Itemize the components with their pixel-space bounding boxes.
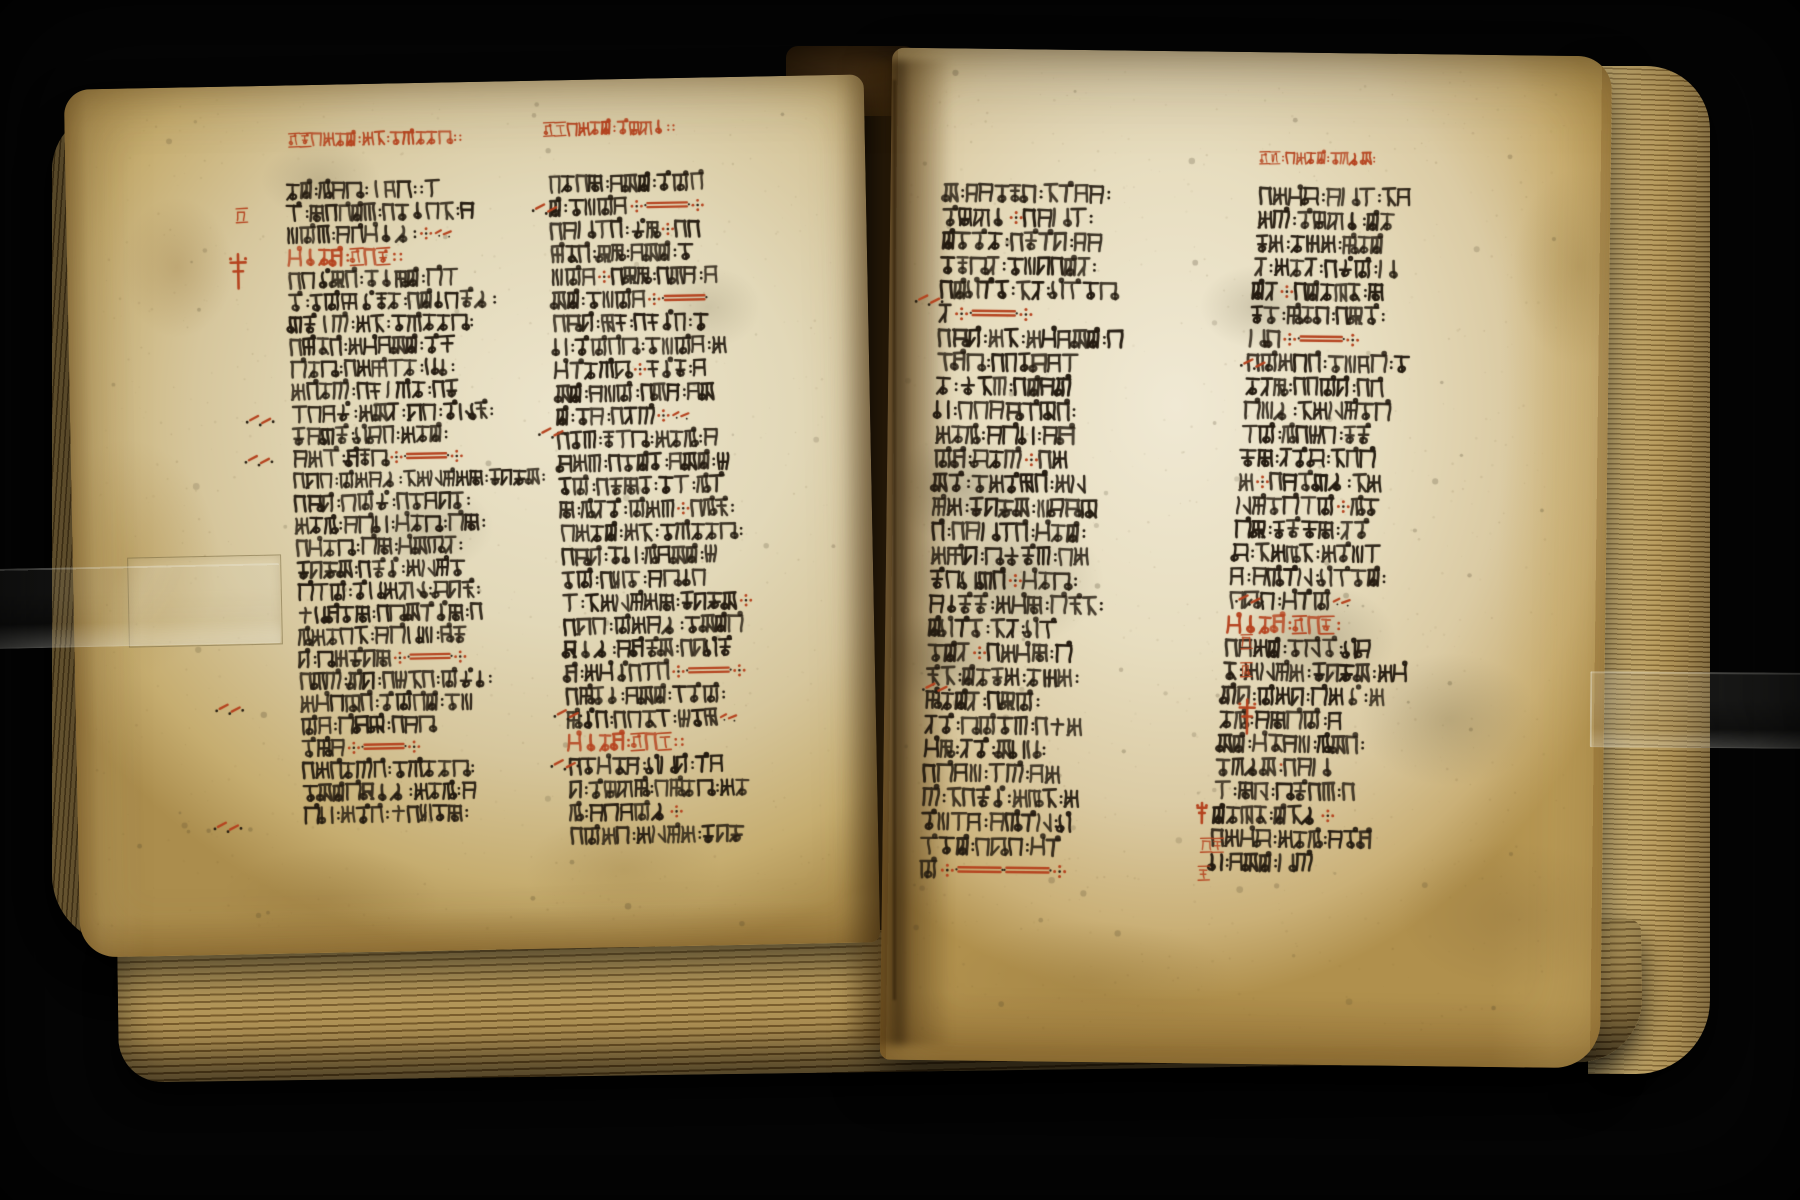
plastic-strip-right	[1590, 671, 1800, 748]
photo-background: ፲፪በእንተ፡እለ፡አጋንንት፡፡ ፲፫በእንተ፡መፃጕዕ፡፡ ፲፭፡በእንተ፡…	[0, 0, 1800, 1200]
plastic-strip-left	[0, 563, 281, 649]
